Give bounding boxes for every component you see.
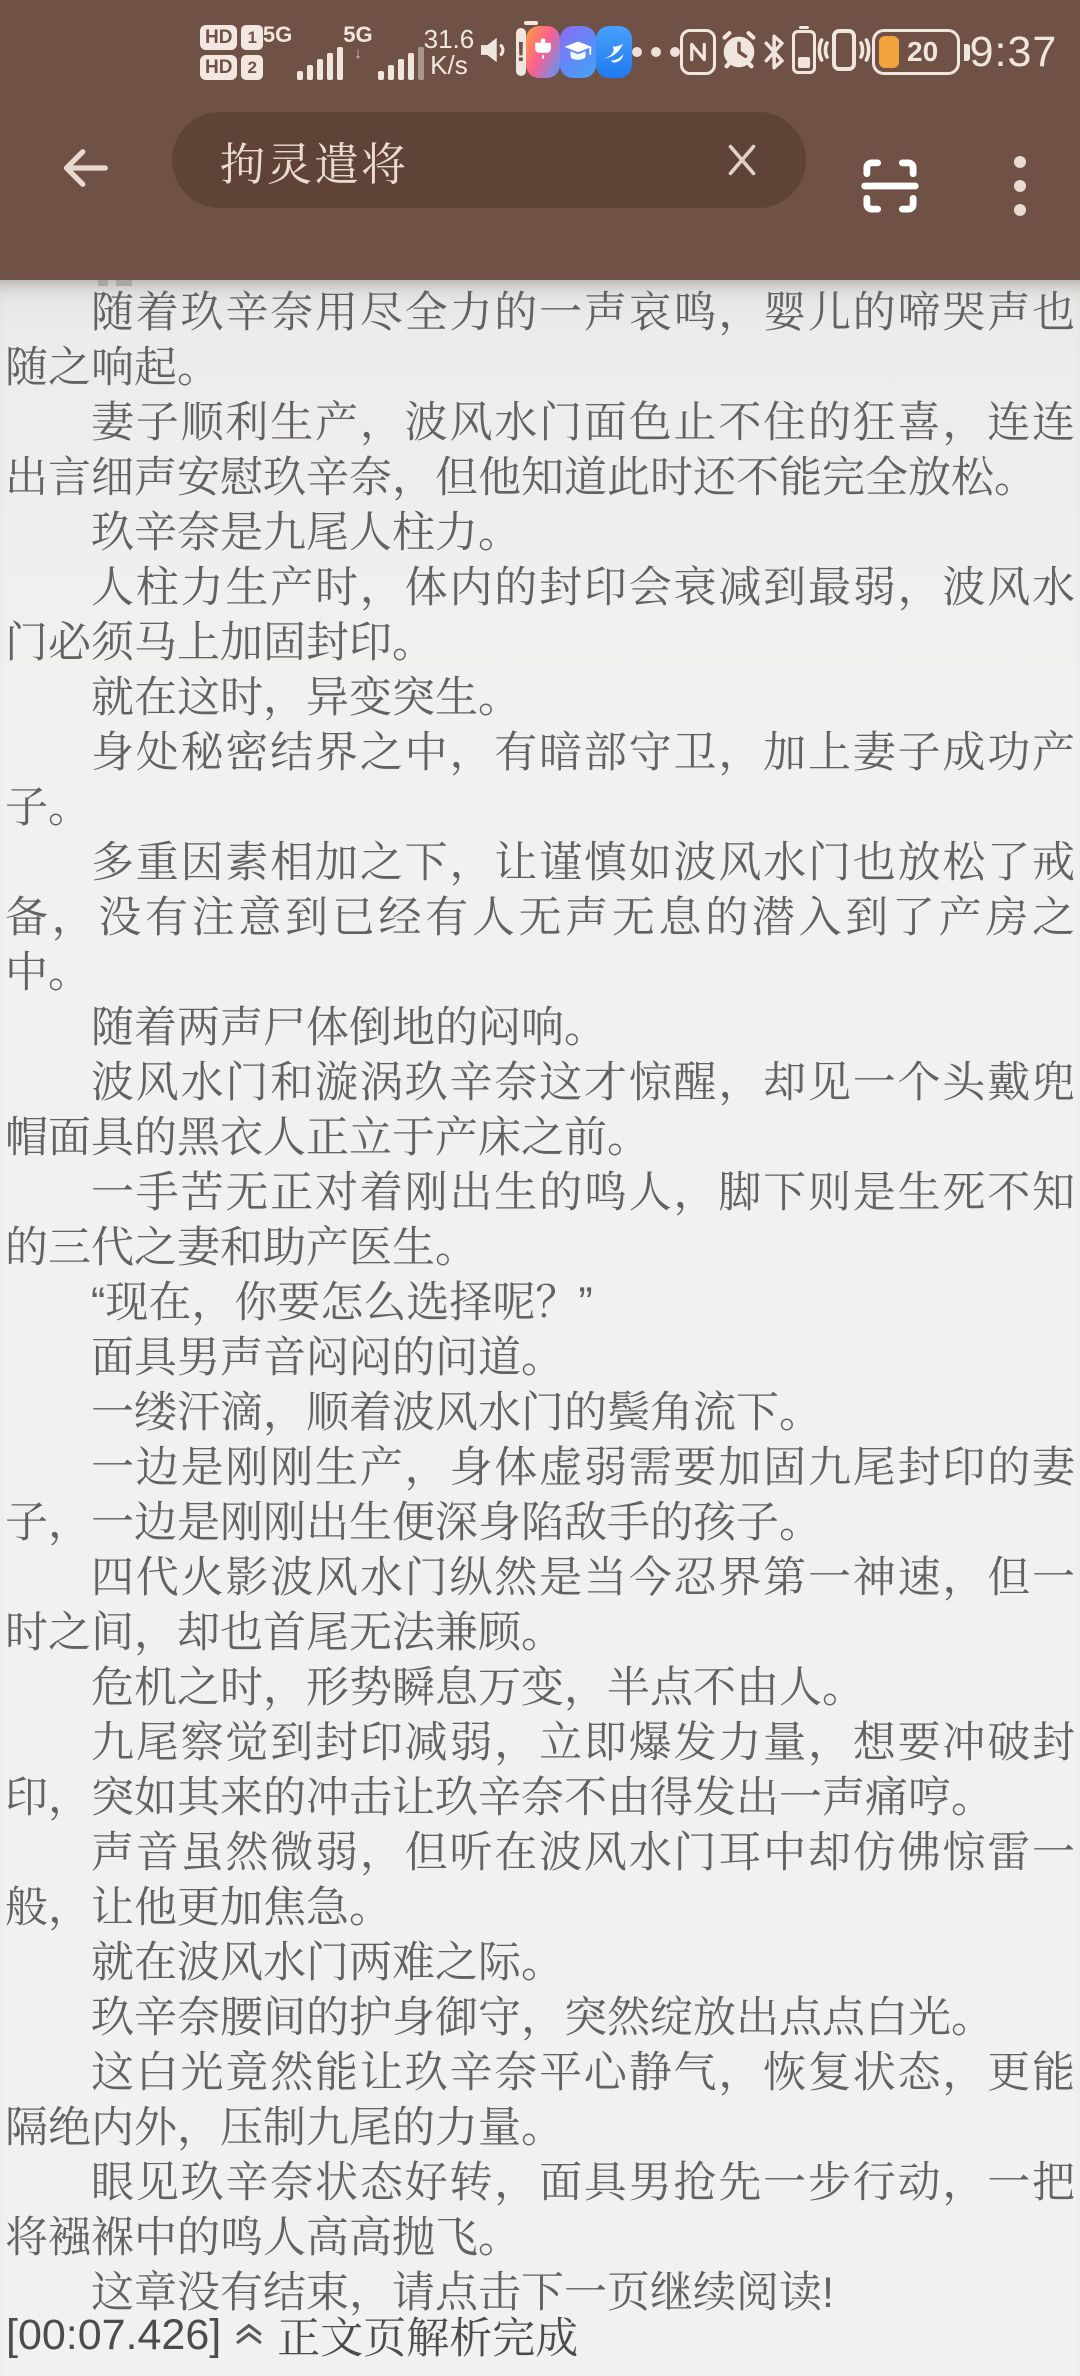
parse-log-line: [00:07.426] 正文页解析完成 bbox=[6, 2305, 578, 2366]
paragraph: 这白光竟然能让玖辛奈平心静气，恢复状态，更能隔绝内外，压制九尾的力量。 bbox=[5, 2046, 1075, 2156]
bluetooth-icon bbox=[762, 31, 788, 73]
speed-value: 31.6 bbox=[424, 26, 475, 52]
overflow-menu-button[interactable] bbox=[992, 146, 1048, 226]
search-input[interactable]: 拘灵遣将 bbox=[172, 112, 806, 208]
network-type-sim2: 5G bbox=[343, 24, 372, 46]
speaker-icon bbox=[474, 29, 516, 76]
device-battery-icon bbox=[792, 30, 816, 74]
status-bar: HD 1 HD 2 5G 5G ↓ bbox=[0, 0, 1080, 94]
nfc-icon bbox=[680, 29, 716, 75]
signal-bars-icon bbox=[378, 47, 424, 80]
wing-app-icon bbox=[596, 26, 632, 78]
paragraph: 随着玖辛奈用尽全力的一声哀鸣，婴儿的啼哭声也随之响起。 bbox=[5, 286, 1075, 396]
network-speed: 31.6 K/s bbox=[424, 26, 475, 78]
log-timestamp: [00:07.426] bbox=[6, 2311, 221, 2360]
paragraph: 九尾察觉到封印减弱，立即爆发力量，想要冲破封印，突如其来的冲击让玖辛奈不由得发出… bbox=[5, 1716, 1075, 1826]
vibrate-icon bbox=[816, 27, 872, 78]
paragraph: 危机之时，形势瞬息万变，半点不由人。 bbox=[5, 1661, 1075, 1716]
status-time: 9:37 bbox=[970, 28, 1058, 77]
paragraph: 一边是刚刚生产，身体虚弱需要加固九尾封印的妻子，一边是刚刚出生便深身陷敌手的孩子… bbox=[5, 1441, 1075, 1551]
paragraph: 波风水门和漩涡玖辛奈这才惊醒，却见一个头戴兜帽面具的黑衣人正立于产床之前。 bbox=[5, 1056, 1075, 1166]
paragraph: 一缕汗滴，顺着波风水门的鬓角流下。 bbox=[5, 1386, 1075, 1441]
paragraph: 玖辛奈腰间的护身御守，突然绽放出点点白光。 bbox=[5, 1991, 1075, 2046]
search-toolbar: 拘灵遣将 bbox=[0, 94, 1080, 280]
paragraph: 随着两声尸体倒地的闷响。 bbox=[5, 1001, 1075, 1056]
paragraph: 四代火影波风水门纵然是当今忍界第一神速，但一时之间，却也首尾无法兼顾。 bbox=[5, 1551, 1075, 1661]
paragraph: “现在，你要怎么选择呢？” bbox=[5, 1276, 1075, 1331]
scan-icon bbox=[853, 149, 927, 228]
battery-percent: 20 bbox=[875, 36, 957, 68]
paragraph: 面具男声音闷闷的问道。 bbox=[5, 1331, 1075, 1386]
signal-sim1: 5G bbox=[263, 24, 343, 80]
sim2-number: 2 bbox=[241, 55, 262, 80]
battery-icon: 20 bbox=[872, 29, 970, 75]
speed-unit: K/s bbox=[430, 52, 468, 78]
paragraph: 一手苦无正对着刚出生的鸣人，脚下则是生死不知的三代之妻和助产医生。 bbox=[5, 1166, 1075, 1276]
sim1-number: 1 bbox=[241, 25, 262, 50]
phone-screen: HD 1 HD 2 5G 5G ↓ bbox=[0, 0, 1080, 2376]
paragraph: 声音虽然微弱，但听在波风水门耳中却仿佛惊雷一般，让他更加焦急。 bbox=[5, 1826, 1075, 1936]
reader-content[interactable]: 随着玖辛奈用尽全力的一声哀鸣，婴儿的啼哭声也随之响起。 妻子顺利生产，波风水门面… bbox=[0, 280, 1080, 2376]
scan-button[interactable] bbox=[852, 150, 928, 226]
battery-alert-icon: ! bbox=[516, 28, 525, 76]
paragraph: 多重因素相加之下，让谨慎如波风水门也放松了戒备，没有注意到已经有人无声无息的潜入… bbox=[5, 836, 1075, 1001]
hd-badge-sim2: HD bbox=[200, 55, 237, 80]
paragraph: 身处秘密结界之中，有暗部守卫，加上妻子成功产子。 bbox=[5, 726, 1075, 836]
paragraph: 就在波风水门两难之际。 bbox=[5, 1936, 1075, 1991]
hd-badge-sim1: HD bbox=[200, 25, 237, 50]
bluetooth-device-battery bbox=[762, 30, 816, 74]
alarm-icon bbox=[716, 27, 762, 78]
overflow-menu-icon bbox=[1014, 156, 1026, 168]
paint-app-icon bbox=[526, 26, 560, 78]
signal-bars-icon bbox=[297, 47, 343, 80]
log-message: 正文页解析完成 bbox=[277, 2305, 578, 2366]
paragraph: 玖辛奈是九尾人柱力。 bbox=[5, 506, 1075, 561]
search-query-text: 拘灵遣将 bbox=[220, 128, 716, 193]
data-activity-arrow: ↓ bbox=[354, 46, 362, 61]
paragraph: 人柱力生产时，体内的封印会衰减到最弱，波风水门必须马上加固封印。 bbox=[5, 561, 1075, 671]
clipped-previous-line bbox=[98, 280, 108, 286]
volte-hd-badges: HD 1 HD 2 bbox=[200, 25, 263, 80]
more-icons-indicator bbox=[632, 47, 680, 57]
double-chevron-up-icon bbox=[229, 2307, 269, 2364]
back-button[interactable] bbox=[52, 138, 116, 202]
back-arrow-icon bbox=[54, 138, 114, 203]
paragraph: 就在这时，异变突生。 bbox=[5, 671, 1075, 726]
app-header: HD 1 HD 2 5G 5G ↓ bbox=[0, 0, 1080, 280]
signal-sim2: 5G ↓ bbox=[343, 24, 423, 80]
education-app-icon bbox=[560, 26, 596, 78]
paragraph: 妻子顺利生产，波风水门面色止不住的狂喜，连连出言细声安慰玖辛奈，但他知道此时还不… bbox=[5, 396, 1075, 506]
network-type-sim1: 5G bbox=[263, 24, 292, 46]
paragraph: 眼见玖辛奈状态好转，面具男抢先一步行动，一把将襁褓中的鸣人高高抛飞。 bbox=[5, 2156, 1075, 2266]
clear-icon[interactable] bbox=[716, 134, 768, 186]
